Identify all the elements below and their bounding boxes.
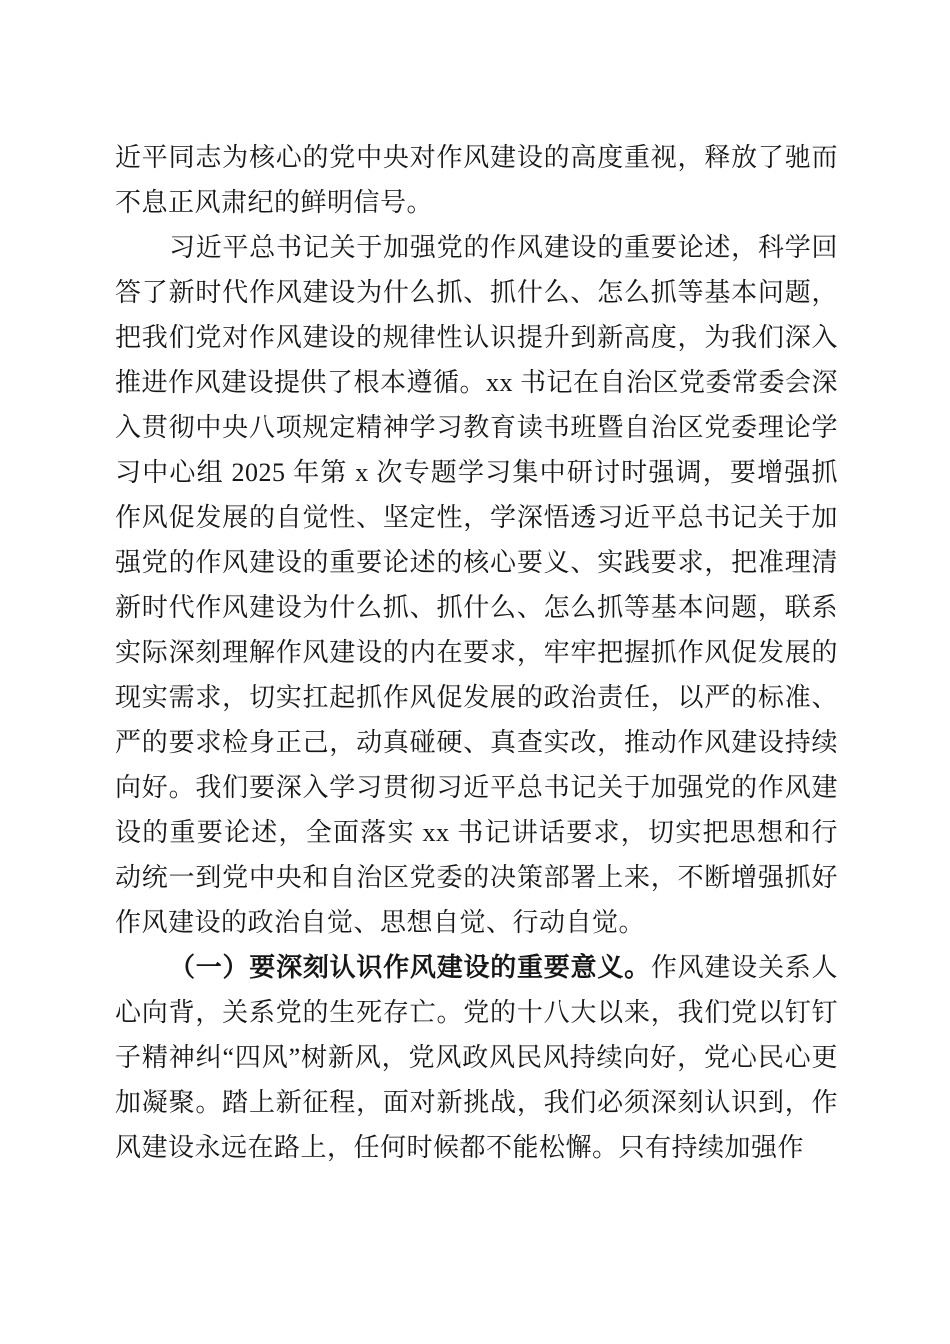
paragraph-continuation: 近平同志为核心的党中央对作风建设的高度重视，释放了驰而不息正风肃纪的鲜明信号。 xyxy=(115,135,838,225)
section-body-text: 作风建设关系人心向背，关系党的生死存亡。党的十八大以来，我们党以钉钉子精神纠“四… xyxy=(115,953,838,1162)
paragraph-main: 习近平总书记关于加强党的作风建设的重要论述，科学回答了新时代作风建设为什么抓、抓… xyxy=(115,225,838,945)
document-body: 近平同志为核心的党中央对作风建设的高度重视，释放了驰而不息正风肃纪的鲜明信号。 … xyxy=(115,135,838,1170)
document-page: 近平同志为核心的党中央对作风建设的高度重视，释放了驰而不息正风肃纪的鲜明信号。 … xyxy=(0,0,950,1344)
section-heading: （一）要深刻认识作风建设的重要意义。 xyxy=(169,953,651,982)
paragraph-section-one: （一）要深刻认识作风建设的重要意义。作风建设关系人心向背，关系党的生死存亡。党的… xyxy=(115,945,838,1170)
